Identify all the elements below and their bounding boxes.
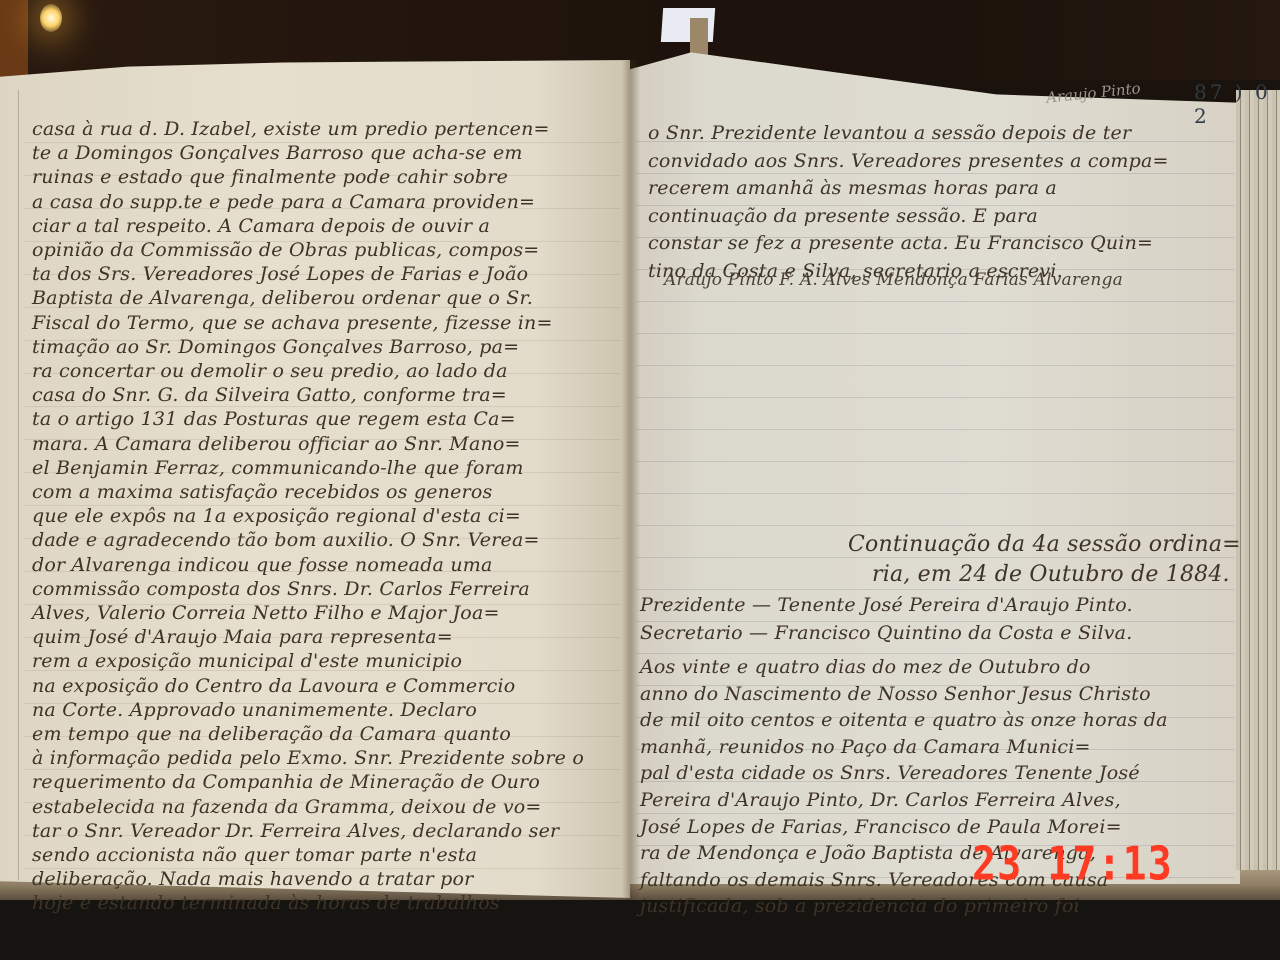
torn-spine-fragment	[690, 18, 708, 58]
handwritten-line: commissão composta dos Snrs. Dr. Carlos …	[32, 578, 530, 600]
page-stack-edge	[1236, 90, 1280, 870]
handwritten-line: com a maxima satisfação recebidos os gen…	[32, 481, 492, 503]
left-margin-line	[18, 90, 19, 880]
session-heading: Continuação da 4a sessão ordina=	[848, 532, 1241, 557]
handwritten-line: casa à rua d. D. Izabel, existe um predi…	[32, 118, 550, 140]
handwritten-line: timação ao Sr. Domingos Gonçalves Barros…	[32, 336, 519, 358]
handwritten-line: ciar a tal respeito. A Camara depois de …	[32, 215, 490, 237]
handwritten-line: manhã, reunidos no Paço da Camara Munici…	[640, 736, 1091, 758]
handwritten-line: sendo accionista não quer tomar parte n'…	[32, 844, 477, 866]
handwritten-line: justificada, sob a prezidencia do primei…	[640, 895, 1080, 917]
background-wood-edge	[0, 0, 28, 80]
officer-line: Secretario — Francisco Quintino da Costa…	[640, 622, 1132, 644]
handwritten-line: constar se fez a presente acta. Eu Franc…	[648, 232, 1153, 254]
handwritten-line: convidado aos Snrs. Vereadores presentes…	[648, 150, 1169, 172]
handwritten-line: Pereira d'Araujo Pinto, Dr. Carlos Ferre…	[640, 789, 1121, 811]
handwritten-line: recerem amanhã às mesmas horas para a	[648, 177, 1057, 199]
handwritten-line: Alves, Valerio Correia Netto Filho e Maj…	[32, 602, 500, 624]
handwritten-line: ra concertar ou demolir o seu predio, ao…	[32, 360, 508, 382]
page-number: 87 ) 0 2	[1194, 80, 1280, 128]
handwritten-line: Baptista de Alvarenga, deliberou ordenar…	[32, 287, 533, 309]
handwritten-line: José Lopes de Farias, Francisco de Paula…	[640, 816, 1122, 838]
handwritten-line: ta dos Srs. Vereadores José Lopes de Far…	[32, 263, 528, 285]
handwritten-line: continuação da presente sessão. E para	[648, 205, 1038, 227]
handwritten-line: dade e agradecendo tão bom auxilio. O Sn…	[32, 529, 540, 551]
handwritten-line: quim José d'Araujo Maia para representa=	[32, 626, 453, 648]
handwritten-line: Fiscal do Termo, que se achava presente,…	[32, 312, 553, 334]
handwritten-line: na Corte. Approvado unanimemente. Declar…	[32, 699, 477, 721]
handwritten-line: que ele expôs na 1a exposição regional d…	[32, 505, 521, 527]
officer-line: Prezidente — Tenente José Pereira d'Arau…	[640, 594, 1133, 616]
handwritten-line: anno do Nascimento de Nosso Senhor Jesus…	[640, 683, 1151, 705]
handwritten-line: de mil oito centos e oitenta e quatro às…	[640, 709, 1168, 731]
handwritten-line: dor Alvarenga indicou que fosse nomeada …	[32, 554, 493, 576]
handwritten-line: rem a exposição municipal d'este municip…	[32, 650, 462, 672]
handwritten-line: mara. A Camara deliberou officiar ao Snr…	[32, 433, 521, 455]
handwritten-line: na exposição do Centro da Lavoura e Comm…	[32, 675, 515, 697]
handwritten-line: hoje e estando terminada às horas de tra…	[32, 892, 500, 914]
handwritten-line: opinião da Commissão de Obras publicas, …	[32, 239, 539, 261]
handwritten-line: ta o artigo 131 das Posturas que regem e…	[32, 408, 516, 430]
handwritten-line: te a Domingos Gonçalves Barroso que acha…	[32, 142, 523, 164]
handwritten-line: a casa do supp.te e pede para a Camara p…	[32, 191, 535, 213]
session-heading: ria, em 24 de Outubro de 1884.	[872, 562, 1230, 587]
camera-timestamp: 23 17:13	[972, 838, 1173, 891]
lamp-light	[40, 4, 62, 32]
handwritten-line: à informação pedida pelo Exmo. Snr. Prez…	[32, 747, 584, 769]
handwritten-line: estabelecida na fazenda da Gramma, deixo…	[32, 796, 542, 818]
handwritten-line: deliberação. Nada mais havendo a tratar …	[32, 868, 473, 890]
handwritten-line: Aos vinte e quatro dias do mez de Outubr…	[640, 656, 1091, 678]
handwritten-line: o Snr. Prezidente levantou a sessão depo…	[648, 122, 1131, 144]
handwritten-line: requerimento da Companhia de Mineração d…	[32, 771, 540, 793]
handwritten-line: tar o Snr. Vereador Dr. Ferreira Alves, …	[32, 820, 559, 842]
handwritten-line: el Benjamin Ferraz, communicando-lhe que…	[32, 457, 524, 479]
handwritten-line: ruinas e estado que finalmente pode cahi…	[32, 166, 508, 188]
handwritten-line: em tempo que na deliberação da Camara qu…	[32, 723, 511, 745]
signatures-line: Araujo Pinto F. A. Alves Mendonça Farias…	[664, 270, 1123, 290]
handwritten-line: casa do Snr. G. da Silveira Gatto, confo…	[32, 384, 507, 406]
handwritten-line: pal d'esta cidade os Snrs. Vereadores Te…	[640, 762, 1140, 784]
